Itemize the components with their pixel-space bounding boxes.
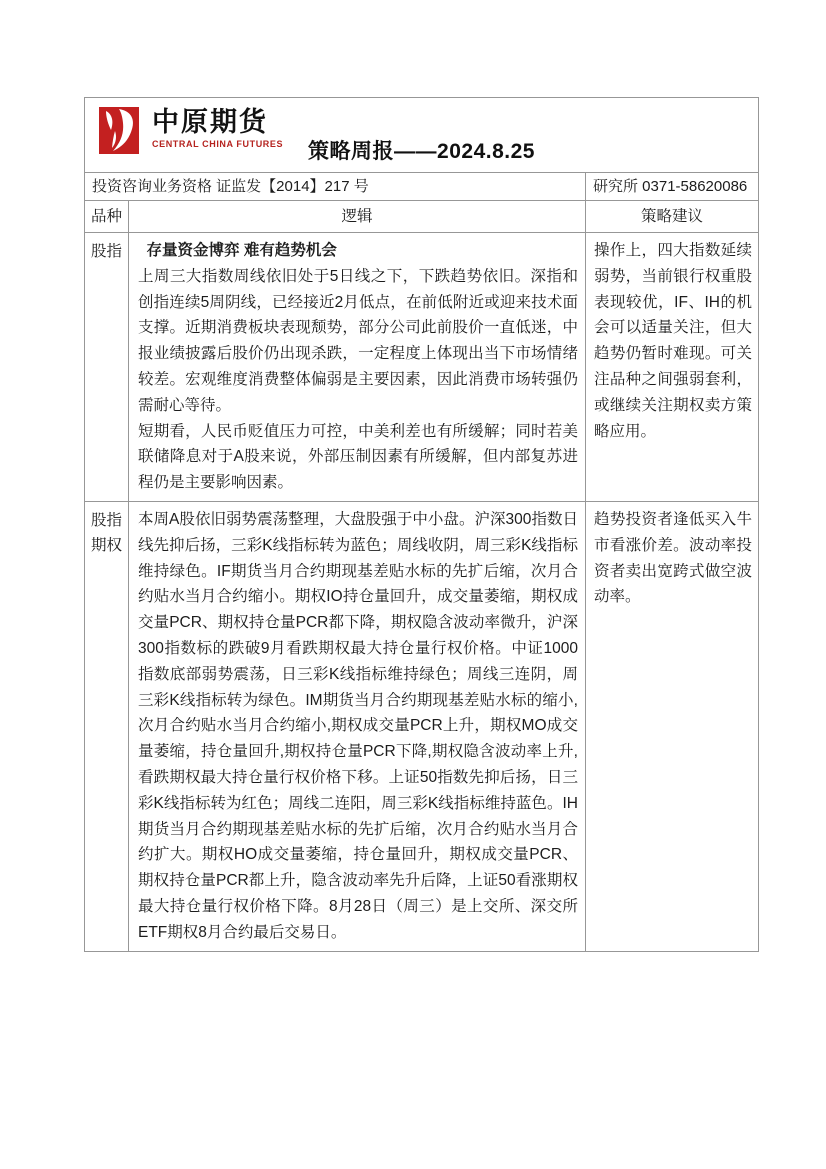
header-row: 中原期货 CENTRAL CHINA FUTURES 策略周报——2024.8.… [85, 98, 759, 173]
research-office-cell: 研究所 0371-58620086 [586, 173, 759, 201]
qualification-text: 投资咨询业务资格 证监发【2014】217 号 [85, 173, 585, 200]
header-cell: 中原期货 CENTRAL CHINA FUTURES 策略周报——2024.8.… [85, 98, 759, 173]
variety-label: 股指 [85, 233, 128, 270]
report-page: 中原期货 CENTRAL CHINA FUTURES 策略周报——2024.8.… [84, 97, 758, 952]
logic-paragraph: 上周三大指数周线依旧处于5日线之下，下跌趋势依旧。深指和创指连续5周阴线，已经接… [138, 264, 578, 419]
variety-label: 股指期权 [85, 502, 128, 564]
suggestion-text: 操作上，四大指数延续弱势，当前银行权重股表现较优，IF、IH的机会可以适量关注，… [594, 238, 752, 444]
suggestion-cell: 趋势投资者逢低买入牛市看涨价差。波动率投资者卖出宽跨式做空波动率。 [586, 501, 759, 951]
logic-cell: 存量资金博弈 难有趋势机会 上周三大指数周线依旧处于5日线之下，下跌趋势依旧。深… [129, 233, 586, 502]
logic-heading: 存量资金博弈 难有趋势机会 [138, 238, 578, 264]
table-row-stock-index-options: 股指期权 本周A股依旧弱势震荡整理，大盘股强于中小盘。沪深300指数日线先抑后扬… [85, 501, 759, 951]
logic-paragraph: 本周A股依旧弱势震荡整理，大盘股强于中小盘。沪深300指数日线先抑后扬，三彩K线… [138, 507, 578, 946]
logic-paragraph: 短期看，人民币贬值压力可控，中美利差也有所缓解；同时若美联储降息对于A股来说，外… [138, 419, 578, 496]
qualification-cell: 投资咨询业务资格 证监发【2014】217 号 [85, 173, 586, 201]
suggestion-cell: 操作上，四大指数延续弱势，当前银行权重股表现较优，IF、IH的机会可以适量关注，… [586, 233, 759, 502]
report-title: 策略周报——2024.8.25 [85, 135, 758, 165]
column-header-logic: 逻辑 [129, 201, 586, 233]
suggestion-text: 趋势投资者逢低买入牛市看涨价差。波动率投资者卖出宽跨式做空波动率。 [594, 507, 752, 610]
logic-cell: 本周A股依旧弱势震荡整理，大盘股强于中小盘。沪深300指数日线先抑后扬，三彩K线… [129, 501, 586, 951]
credentials-row: 投资咨询业务资格 证监发【2014】217 号 研究所 0371-5862008… [85, 173, 759, 201]
strategy-report-table: 中原期货 CENTRAL CHINA FUTURES 策略周报——2024.8.… [84, 97, 759, 952]
company-name-cn: 中原期货 [152, 107, 283, 138]
table-row-stock-index: 股指 存量资金博弈 难有趋势机会 上周三大指数周线依旧处于5日线之下，下跌趋势依… [85, 233, 759, 502]
variety-cell: 股指期权 [85, 501, 129, 951]
column-header-row: 品种 逻辑 策略建议 [85, 201, 759, 233]
variety-cell: 股指 [85, 233, 129, 502]
column-header-suggestion: 策略建议 [586, 201, 759, 233]
column-header-variety: 品种 [85, 201, 129, 233]
research-office-phone: 研究所 0371-58620086 [586, 173, 758, 200]
